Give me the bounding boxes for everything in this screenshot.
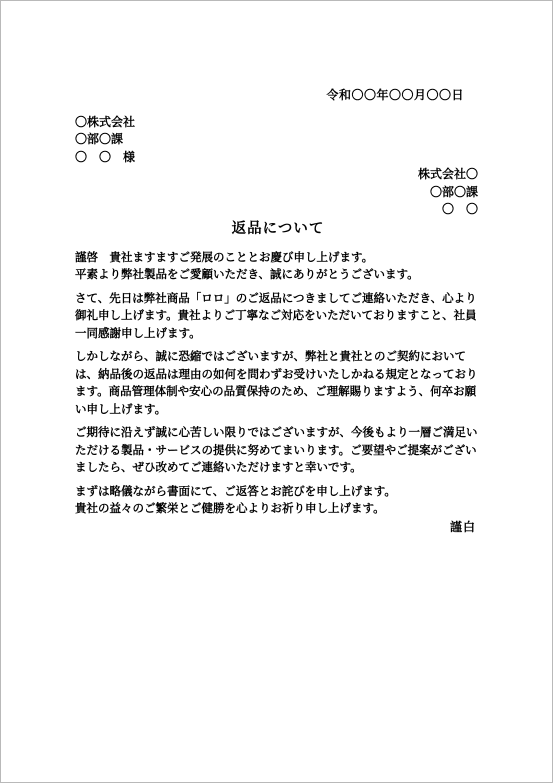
sender-company: 株式会社〇	[75, 166, 478, 184]
sender-person: 〇 〇	[75, 201, 478, 219]
paragraph-refusal: しかしながら、誠に恐縮ではございますが、弊社と貴社とのご契約において は、納品後…	[75, 349, 481, 419]
letter-title: 返品について	[75, 220, 481, 239]
closing-word: 謹白	[75, 519, 481, 537]
letter-page: 令和〇〇年〇〇月〇〇日 〇株式会社 〇部〇課 〇 〇 様 株式会社〇 〇部〇課 …	[0, 0, 553, 783]
paragraph-acknowledgement: さて、先日は弊社商品「ロロ」のご返品につきましてご連絡いただき、心より 御礼申し…	[75, 291, 481, 344]
paragraph-future: ご期待に沿えず誠に心苦しい限りではございますが、今後もより一層ご満足い ただける…	[75, 425, 481, 478]
recipient-person: 〇 〇 様	[75, 149, 481, 167]
sender-department: 〇部〇課	[75, 184, 478, 202]
recipient-company: 〇株式会社	[75, 114, 481, 132]
letter-document: 令和〇〇年〇〇月〇〇日 〇株式会社 〇部〇課 〇 〇 様 株式会社〇 〇部〇課 …	[1, 1, 552, 536]
sender-block: 株式会社〇 〇部〇課 〇 〇	[75, 166, 481, 219]
paragraph-greeting: 謹啓 貴社ますますご発展のこととお慶び申し上げます。 平素より弊社製品をご愛顧い…	[75, 250, 481, 285]
recipient-department: 〇部〇課	[75, 131, 481, 149]
letter-date: 令和〇〇年〇〇月〇〇日	[75, 87, 481, 105]
paragraph-closing: まずは略儀ながら書面にて、ご返答とお詫びを申し上げます。 貴社の益々のご繁栄とご…	[75, 484, 481, 519]
recipient-block: 〇株式会社 〇部〇課 〇 〇 様	[75, 114, 481, 167]
